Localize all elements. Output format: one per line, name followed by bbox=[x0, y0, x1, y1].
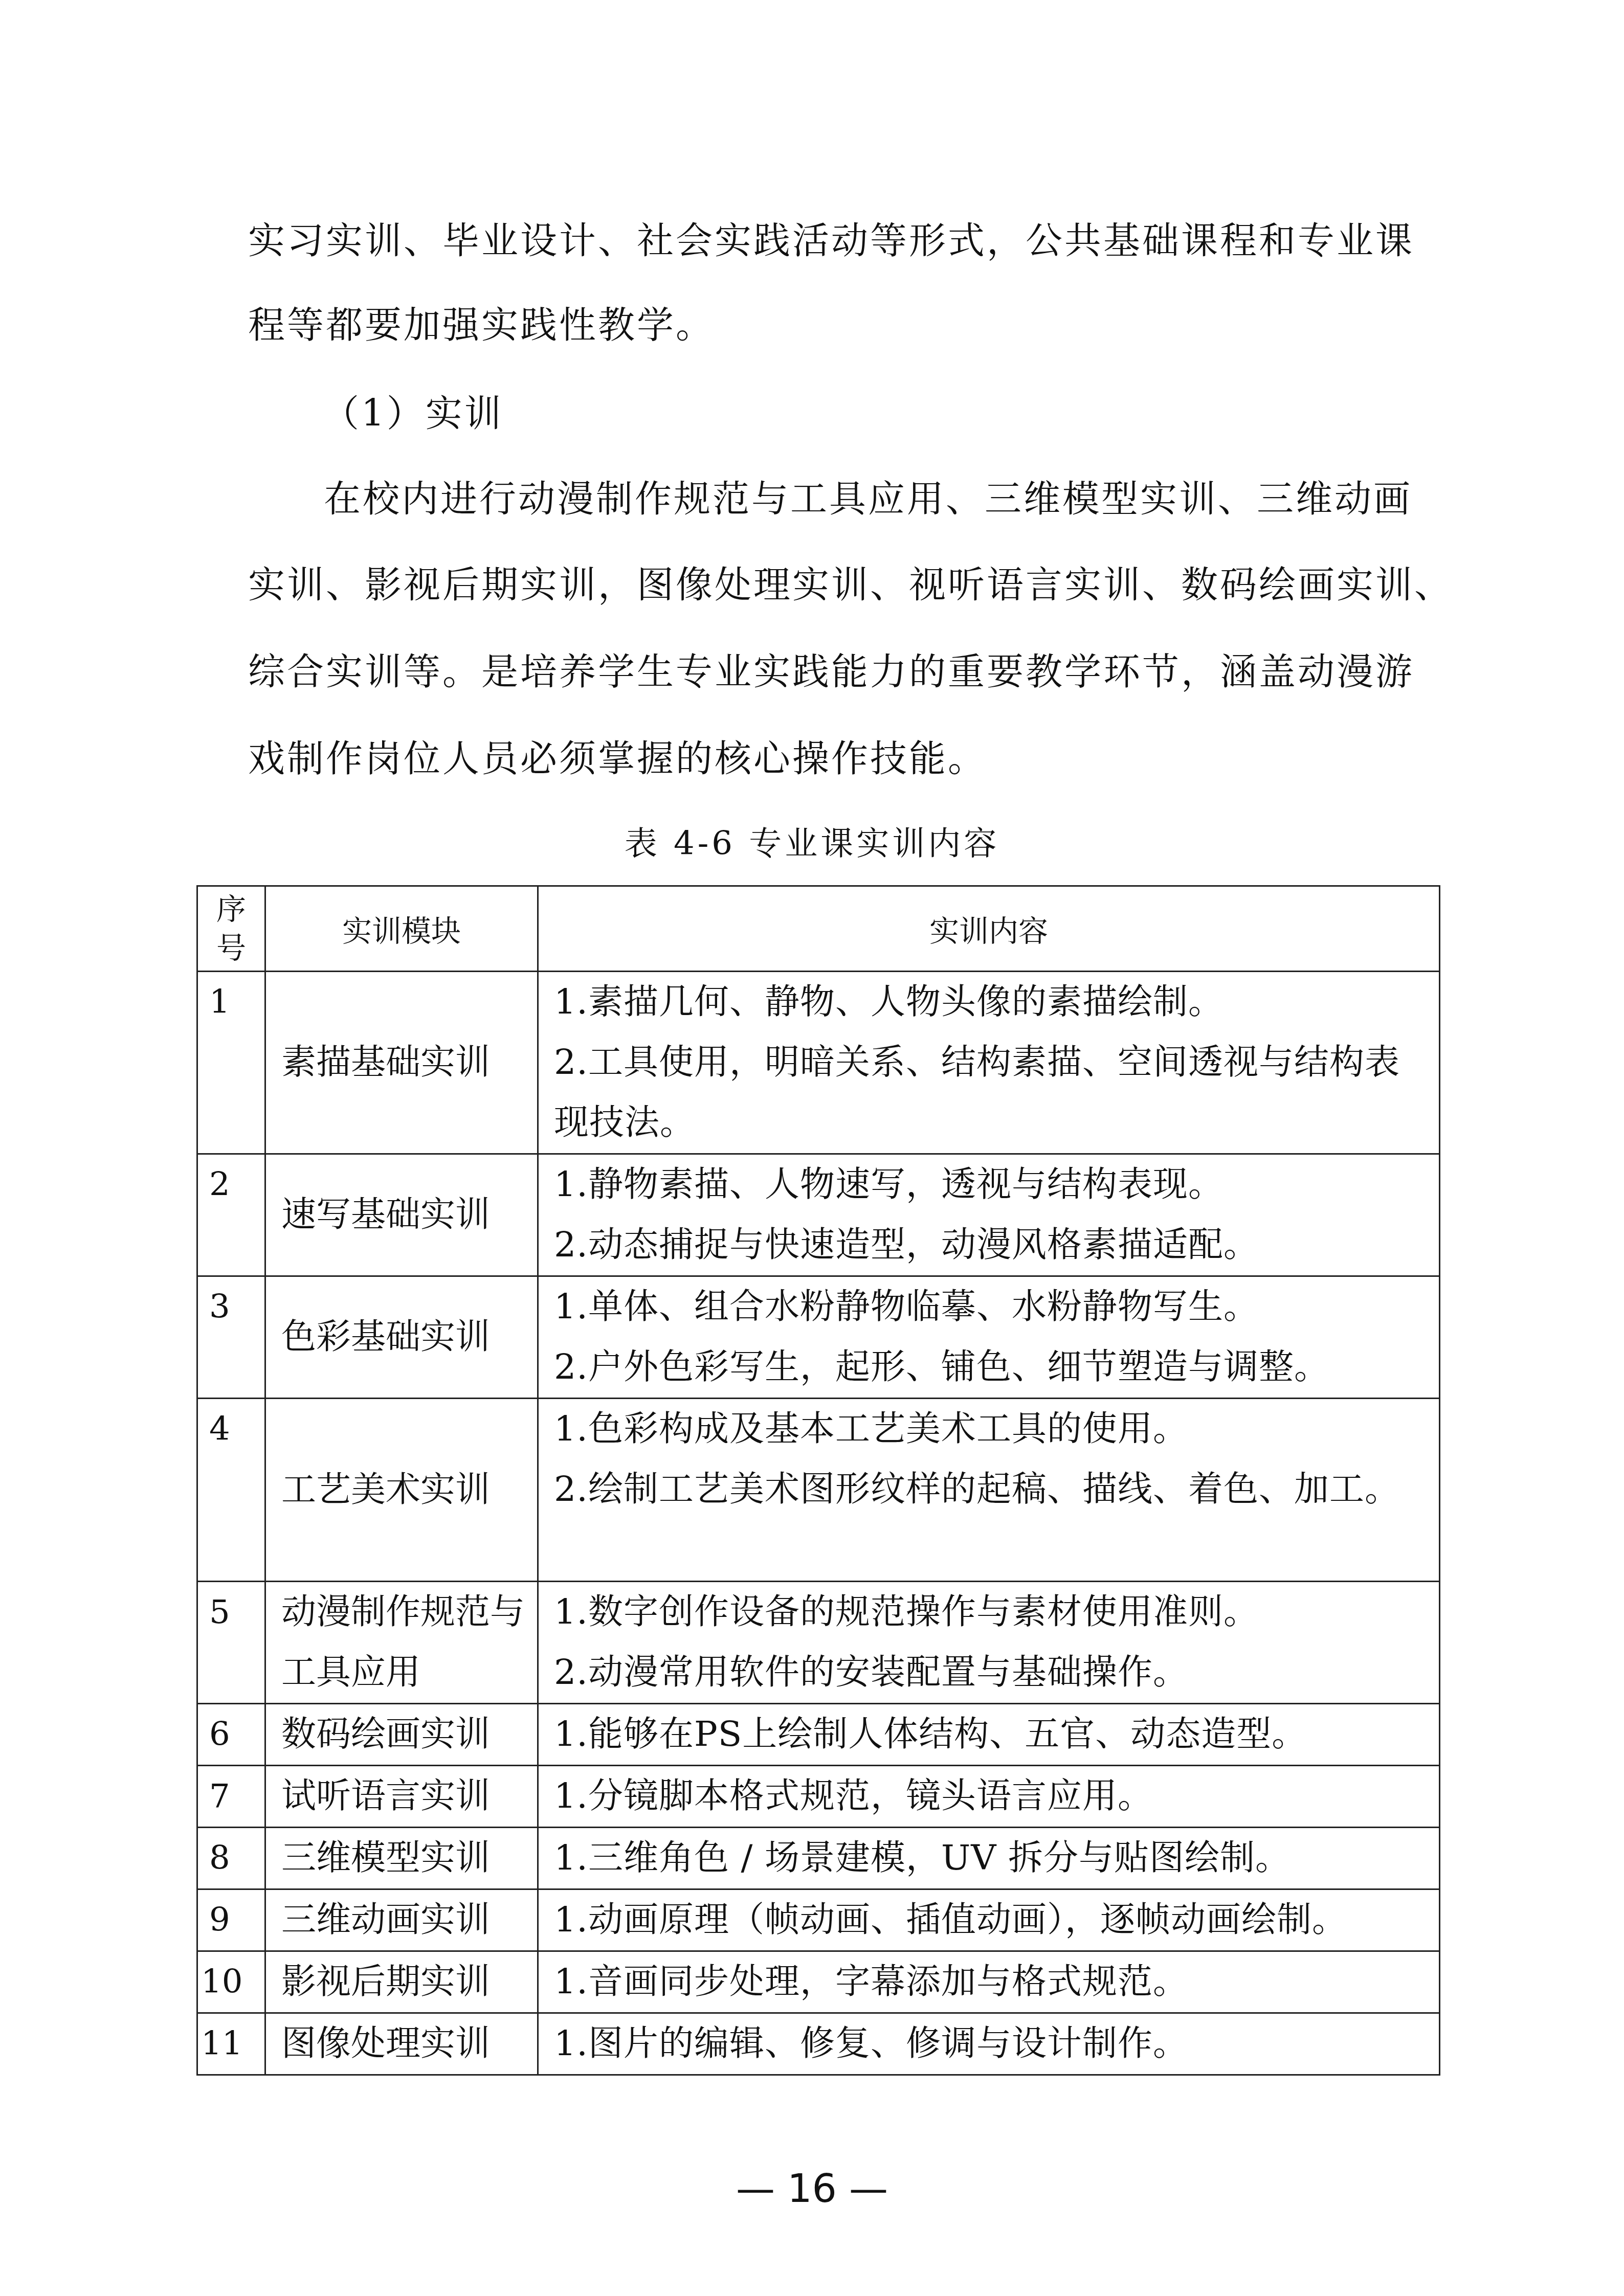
content-item: 1.图片的编辑、修复、修调与设计制作。 bbox=[554, 2014, 1434, 2074]
content-item: 2.动态捕捉与快速造型，动漫风格素描适配。 bbox=[554, 1215, 1434, 1275]
table-header-row: 序 号 实训模块 实训内容 bbox=[197, 886, 1440, 972]
table-row: 6 数码绘画实训 1.能够在PS上绘制人体结构、五官、动态造型。 bbox=[197, 1704, 1440, 1766]
row-no: 11 bbox=[197, 2013, 265, 2075]
row-no: 2 bbox=[197, 1154, 265, 1276]
row-content: 1.数字创作设备的规范操作与素材使用准则。 2.动漫常用软件的安装配置与基础操作… bbox=[538, 1582, 1440, 1704]
content-item: 1.单体、组合水粉静物临摹、水粉静物写生。 bbox=[554, 1277, 1434, 1337]
row-content: 1.能够在PS上绘制人体结构、五官、动态造型。 bbox=[538, 1704, 1440, 1766]
row-content: 1.三维角色 / 场景建模，UV 拆分与贴图绘制。 bbox=[538, 1828, 1440, 1889]
content-item: 1.三维角色 / 场景建模，UV 拆分与贴图绘制。 bbox=[554, 1828, 1434, 1888]
row-module: 速写基础实训 bbox=[265, 1154, 538, 1276]
header-content: 实训内容 bbox=[538, 886, 1440, 972]
table-row: 1 素描基础实训 1.素描几何、静物、人物头像的素描绘制。 2.工具使用，明暗关… bbox=[197, 972, 1440, 1154]
row-module: 影视后期实训 bbox=[265, 1951, 538, 2013]
row-module: 图像处理实训 bbox=[265, 2013, 538, 2075]
training-table: 序 号 实训模块 实训内容 1 素描基础实训 1.素描几何、静物、人物头像的素描… bbox=[196, 885, 1440, 2076]
table-row: 10 影视后期实训 1.音画同步处理，字幕添加与格式规范。 bbox=[197, 1951, 1440, 2013]
row-module: 动漫制作规范与工具应用 bbox=[265, 1582, 538, 1704]
body-text-line: 在校内进行动漫制作规范与工具应用、三维模型实训、三维动画 bbox=[324, 476, 1412, 522]
table-row: 7 试听语言实训 1.分镜脚本格式规范，镜头语言应用。 bbox=[197, 1766, 1440, 1828]
row-no: 8 bbox=[197, 1828, 265, 1889]
row-content: 1.素描几何、静物、人物头像的素描绘制。 2.工具使用，明暗关系、结构素描、空间… bbox=[538, 972, 1440, 1154]
row-no: 6 bbox=[197, 1704, 265, 1766]
row-no: 1 bbox=[197, 972, 265, 1154]
row-module: 素描基础实训 bbox=[265, 972, 538, 1154]
row-no: 3 bbox=[197, 1276, 265, 1399]
content-item: 1.数字创作设备的规范操作与素材使用准则。 bbox=[554, 1582, 1434, 1642]
body-text-line: 综合实训等。是培养学生专业实践能力的重要教学环节，涵盖动漫游 bbox=[248, 648, 1414, 694]
row-module: 三维动画实训 bbox=[265, 1889, 538, 1951]
header-module: 实训模块 bbox=[265, 886, 538, 972]
header-no-line2: 号 bbox=[198, 929, 264, 967]
row-module: 试听语言实训 bbox=[265, 1766, 538, 1828]
table-row: 4 工艺美术实训 1.色彩构成及基本工艺美术工具的使用。 2.绘制工艺美术图形纹… bbox=[197, 1399, 1440, 1582]
body-text-line: 实训、影视后期实训，图像处理实训、视听语言实训、数码绘画实训、 bbox=[248, 561, 1453, 607]
header-no-line1: 序 bbox=[198, 890, 264, 929]
content-item: 2.动漫常用软件的安装配置与基础操作。 bbox=[554, 1642, 1434, 1703]
row-no: 10 bbox=[197, 1951, 265, 2013]
table-row: 3 色彩基础实训 1.单体、组合水粉静物临摹、水粉静物写生。 2.户外色彩写生，… bbox=[197, 1276, 1440, 1399]
content-item: 2.工具使用，明暗关系、结构素描、空间透视与结构表现技法。 bbox=[554, 1032, 1434, 1153]
content-item: 1.色彩构成及基本工艺美术工具的使用。 bbox=[554, 1399, 1434, 1459]
content-item: 1.动画原理（帧动画、插值动画），逐帧动画绘制。 bbox=[554, 1890, 1434, 1950]
table-row: 8 三维模型实训 1.三维角色 / 场景建模，UV 拆分与贴图绘制。 bbox=[197, 1828, 1440, 1889]
row-content: 1.色彩构成及基本工艺美术工具的使用。 2.绘制工艺美术图形纹样的起稿、描线、着… bbox=[538, 1399, 1440, 1582]
header-no: 序 号 bbox=[197, 886, 265, 972]
body-text-line: 程等都要加强实践性教学。 bbox=[248, 302, 715, 348]
body-text-line: 实习实训、毕业设计、社会实践活动等形式，公共基础课程和专业课 bbox=[248, 217, 1414, 263]
row-content: 1.图片的编辑、修复、修调与设计制作。 bbox=[538, 2013, 1440, 2075]
row-no: 4 bbox=[197, 1399, 265, 1582]
row-content: 1.音画同步处理，字幕添加与格式规范。 bbox=[538, 1951, 1440, 2013]
content-item: 1.音画同步处理，字幕添加与格式规范。 bbox=[554, 1952, 1434, 2012]
page-number: — 16 — bbox=[0, 2163, 1624, 2214]
row-no: 5 bbox=[197, 1582, 265, 1704]
row-module: 数码绘画实训 bbox=[265, 1704, 538, 1766]
content-item: 1.能够在PS上绘制人体结构、五官、动态造型。 bbox=[554, 1704, 1434, 1765]
content-item: 2.绘制工艺美术图形纹样的起稿、描线、着色、加工。 bbox=[554, 1459, 1434, 1520]
body-text-line: 戏制作岗位人员必须掌握的核心操作技能。 bbox=[248, 735, 987, 781]
content-item: 1.静物素描、人物速写，透视与结构表现。 bbox=[554, 1155, 1434, 1215]
row-content: 1.单体、组合水粉静物临摹、水粉静物写生。 2.户外色彩写生，起形、铺色、细节塑… bbox=[538, 1276, 1440, 1399]
table-row: 11 图像处理实训 1.图片的编辑、修复、修调与设计制作。 bbox=[197, 2013, 1440, 2075]
row-no: 7 bbox=[197, 1766, 265, 1828]
table-row: 5 动漫制作规范与工具应用 1.数字创作设备的规范操作与素材使用准则。 2.动漫… bbox=[197, 1582, 1440, 1704]
table-caption: 表 4-6 专业课实训内容 bbox=[0, 822, 1624, 865]
row-content: 1.动画原理（帧动画、插值动画），逐帧动画绘制。 bbox=[538, 1889, 1440, 1951]
row-content: 1.静物素描、人物速写，透视与结构表现。 2.动态捕捉与快速造型，动漫风格素描适… bbox=[538, 1154, 1440, 1276]
row-module: 三维模型实训 bbox=[265, 1828, 538, 1889]
row-module: 工艺美术实训 bbox=[265, 1399, 538, 1582]
row-content: 1.分镜脚本格式规范，镜头语言应用。 bbox=[538, 1766, 1440, 1828]
content-item: 2.户外色彩写生，起形、铺色、细节塑造与调整。 bbox=[554, 1337, 1434, 1398]
subheading: （1）实训 bbox=[322, 390, 503, 436]
content-item: 1.分镜脚本格式规范，镜头语言应用。 bbox=[554, 1766, 1434, 1827]
row-no: 9 bbox=[197, 1889, 265, 1951]
table-row: 9 三维动画实训 1.动画原理（帧动画、插值动画），逐帧动画绘制。 bbox=[197, 1889, 1440, 1951]
content-item: 1.素描几何、静物、人物头像的素描绘制。 bbox=[554, 972, 1434, 1032]
table-row: 2 速写基础实训 1.静物素描、人物速写，透视与结构表现。 2.动态捕捉与快速造… bbox=[197, 1154, 1440, 1276]
row-module: 色彩基础实训 bbox=[265, 1276, 538, 1399]
